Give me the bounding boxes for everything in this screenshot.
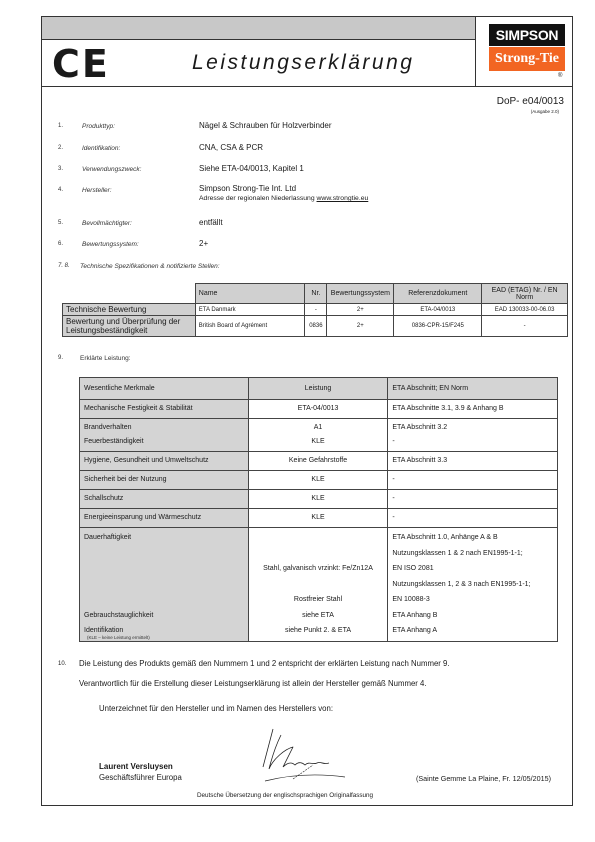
cell-line: Keine Gefahrstoffe [253,454,384,468]
item-number: 1. [58,123,63,129]
cell-line [84,577,244,593]
cell-line: Gebrauchstauglichkeit [84,608,244,624]
performance-cell: KLE [248,509,388,528]
cell-line: Schallschutz [84,492,244,506]
performance-cell: ETA-04/0013 [248,400,388,419]
cell: British Board of Agrément [195,316,305,337]
place-date: (Sainte Gemme La Plaine, Fr. 12/05/2015) [416,774,551,783]
performance-table: Wesentliche Merkmale Leistung ETA Abschn… [79,377,558,642]
item-value: entfällt [199,218,223,227]
item-value-address: Adresse der regionalen Niederlassung www… [199,195,368,202]
item-label: Verwendungszweck: [82,166,141,173]
cell-line: KLE [253,473,384,487]
item-label: Produkttyp: [82,123,115,130]
section-9-number: 9. [58,355,63,361]
table-row: Mechanische Festigkeit & StabilitätETA-0… [80,400,558,419]
cell-line: ETA Abschnitt 3.3 [392,454,553,468]
feature-cell: Schallschutz [80,490,249,509]
cell-line [84,546,244,562]
table-row: DauerhaftigkeitGebrauchstauglichkeitIden… [80,528,558,642]
cell-line [253,530,384,546]
item-value: CNA, CSA & PCR [199,143,263,152]
header-name: Name [195,284,305,304]
section-10-line1: Die Leistung des Produkts gemäß den Numm… [79,659,450,668]
translation-note: Deutsche Übersetzung der englischsprachi… [197,792,373,799]
table-row: BrandverhaltenFeuerbeständigkeitA1KLEETA… [80,419,558,452]
table-row: Energieeinsparung und WärmeschutzKLE- [80,509,558,528]
item-label: Bewertungssystem: [82,241,139,248]
norm-cell: - [388,509,558,528]
section-10-number: 10. [58,661,66,667]
section-9-label: Erklärte Leistung: [80,355,131,362]
item-number: 2. [58,145,63,151]
performance-cell: Keine Gefahrstoffe [248,452,388,471]
registered-mark: ® [558,73,562,79]
cell-line: KLE [253,492,384,506]
table-row: Sicherheit bei der NutzungKLE- [80,471,558,490]
performance-cell: Stahl, galvanisch vrzinkt: Fe/Zn12ARostf… [248,528,388,642]
feature-cell: Mechanische Festigkeit & Stabilität [80,400,249,419]
cell: - [305,304,327,316]
table-row: SchallschutzKLE- [80,490,558,509]
cell-line: Rostfreier Stahl [253,592,384,608]
item-number: 6. [58,241,63,247]
performance-cell: KLE [248,490,388,509]
cell-line: Energieeinsparung und Wärmeschutz [84,511,244,525]
empty-cell [63,284,196,304]
dop-edition: (Ausgabe 2.0) [531,109,559,114]
cell-line: ETA Abschnitt 1.0, Anhänge A & B [392,530,553,546]
logo-strongtie-text: Strong-Tie [489,47,565,71]
item-label: Technische Spezifikationen & notifiziert… [80,263,220,270]
item-number: 7. 8. [58,263,70,269]
cell: EAD 130033-00-06.03 [482,304,568,316]
document-frame: CE Leistungserklärung SIMPSON Strong-Tie… [41,16,573,806]
table-row: Hygiene, Gesundheit und UmweltschutzKein… [80,452,558,471]
table-row: Bewertung und Überprüfung der Leistungsb… [63,316,568,337]
norm-cell: - [388,490,558,509]
feature-cell: Energieeinsparung und Wärmeschutz [80,509,249,528]
spec-table: Name Nr. Bewertungssystem Referenzdokume… [62,283,568,337]
cell: - [482,316,568,337]
signed-for-text: Unterzeichnet für den Hersteller und im … [99,704,333,713]
feature-cell: BrandverhaltenFeuerbeständigkeit [80,419,249,452]
cell-line: Sicherheit bei der Nutzung [84,473,244,487]
website-link[interactable]: www.strongtie.eu [317,195,369,202]
cell-line: Mechanische Festigkeit & Stabilität [84,402,244,416]
item-number: 4. [58,187,63,193]
feature-cell: DauerhaftigkeitGebrauchstauglichkeitIden… [80,528,249,642]
cell-line [253,546,384,562]
cell-line: KLE [253,435,384,449]
row-label: Bewertung und Überprüfung der Leistungsb… [63,316,196,337]
cell-line: EN 10088-3 [392,592,553,608]
item-label: Bevollmächtigter: [82,220,132,227]
norm-cell: ETA Abschnitte 3.1, 3.9 & Anhang B [388,400,558,419]
logo-simpson-text: SIMPSON [489,24,565,46]
item-value: 2+ [199,239,208,248]
address-text: Adresse der regionalen Niederlassung [199,195,317,202]
header-merkmale: Wesentliche Merkmale [80,378,249,400]
cell-line [84,592,244,608]
cell-line: siehe ETA [253,608,384,624]
cell-line [84,561,244,577]
simpson-strongtie-logo: SIMPSON Strong-Tie ® [475,17,573,87]
signer-role: Geschäftsführer Europa [99,773,182,782]
cell-line: - [392,511,553,525]
cell-line: Hygiene, Gesundheit und Umweltschutz [84,454,244,468]
table-row: Technische Bewertung ETA Danmark - 2+ ET… [63,304,568,316]
cell-line: - [392,492,553,506]
item-value: Simpson Strong-Tie Int. Ltd [199,184,296,193]
cell-line: A1 [253,421,384,435]
cell-line: siehe Punkt 2. & ETA [253,623,384,639]
signer-name: Laurent Versluysen [99,762,173,771]
feature-cell: Sicherheit bei der Nutzung [80,471,249,490]
cell-line: ETA-04/0013 [253,402,384,416]
cell-line: Nutzungsklassen 1, 2 & 3 nach EN1995-1-1… [392,577,553,593]
signature-image [259,727,349,787]
norm-cell: ETA Abschnitt 1.0, Anhänge A & BNutzungs… [388,528,558,642]
cell: 0836-CPR-15/F245 [394,316,482,337]
norm-cell: - [388,471,558,490]
header-leistung: Leistung [248,378,388,400]
cell-line: Nutzungsklassen 1 & 2 nach EN1995-1-1; [392,546,553,562]
row-label: Technische Bewertung [63,304,196,316]
cell: 0836 [305,316,327,337]
cell: 2+ [327,316,394,337]
item-value: Nägel & Schrauben für Holzverbinder [199,121,332,130]
dop-number: DoP- e04/0013 [497,96,564,107]
header-referenzdokument: Referenzdokument [394,284,482,304]
cell: ETA Danmark [195,304,305,316]
cell-line: ETA Anhang B [392,608,553,624]
cell-line: Dauerhaftigkeit [84,530,244,546]
cell-line: Stahl, galvanisch vrzinkt: Fe/Zn12A [253,561,384,577]
spec-header-row: Name Nr. Bewertungssystem Referenzdokume… [63,284,568,304]
cell: 2+ [327,304,394,316]
cell-line: ETA Abschnitte 3.1, 3.9 & Anhang B [392,402,553,416]
item-number: 5. [58,220,63,226]
cell-line [253,577,384,593]
feature-cell: Hygiene, Gesundheit und Umweltschutz [80,452,249,471]
cell-line: - [392,435,553,449]
cell-line: EN ISO 2081 [392,561,553,577]
item-label: Hersteller: [82,187,112,194]
header-ead: EAD (ETAG) Nr. / EN Norm [482,284,568,304]
cell-line: ETA Abschnitt 3.2 [392,421,553,435]
performance-cell: A1KLE [248,419,388,452]
cell-line: ETA Anhang A [392,623,553,639]
performance-header-row: Wesentliche Merkmale Leistung ETA Abschn… [80,378,558,400]
document-title: Leistungserklärung [192,51,414,75]
header-nr: Nr. [305,284,327,304]
item-value: Siehe ETA-04/0013, Kapitel 1 [199,164,304,173]
cell-line: Feuerbeständigkeit [84,435,244,449]
item-number: 3. [58,166,63,172]
norm-cell: ETA Abschnitt 3.2- [388,419,558,452]
norm-cell: ETA Abschnitt 3.3 [388,452,558,471]
header-title-row: CE Leistungserklärung [42,40,475,87]
cell-line: Brandverhalten [84,421,244,435]
header-bewertungssystem: Bewertungssystem [327,284,394,304]
header-band [42,17,475,40]
performance-cell: KLE [248,471,388,490]
section-10-line2: Verantwortlich für die Erstellung dieser… [79,679,427,688]
ce-mark-logo: CE [52,44,110,84]
cell: ETA-04/0013 [394,304,482,316]
kle-note: (KLE – keine Leistung ermittelt) [87,635,150,640]
header-norm: ETA Abschnitt; EN Norm [388,378,558,400]
item-label: Identifikation: [82,145,120,152]
cell-line: - [392,473,553,487]
cell-line: KLE [253,511,384,525]
